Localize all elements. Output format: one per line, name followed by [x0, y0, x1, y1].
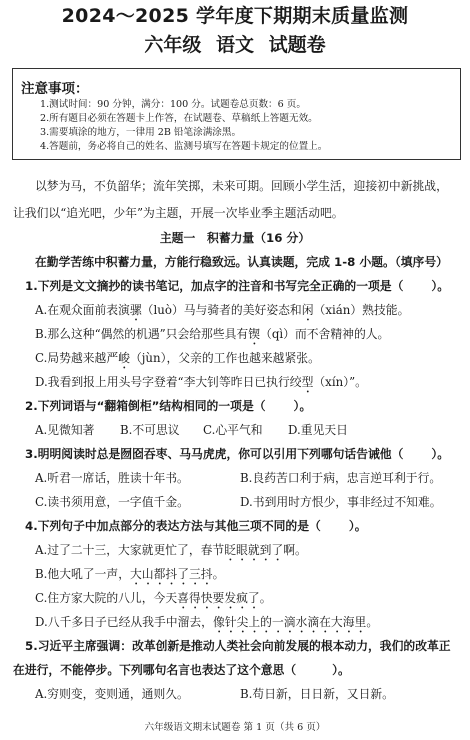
paper-type-label: 试题卷	[269, 34, 326, 56]
section-instruction: 在勤学苦练中积蓄力量，方能行稳致远。认真读题，完成 1-8 小题。（填序号）	[35, 254, 448, 270]
grade-label: 六年级	[144, 34, 201, 56]
question-3-stem: 3.明明阅读时总是囫囵吞枣、马马虎虎，你可以引用下列哪句话告诫他（）。	[25, 446, 449, 462]
question-2-option-b: B.不可思议	[120, 422, 180, 438]
question-5-stem-line-1: 5.习近平主席强调：改革创新是推动人类社会向前发展的根本动力，我们的改革正	[25, 638, 451, 654]
question-4-option-c: C.住方家大院的八儿，今天喜得快要发疯了。	[35, 590, 272, 612]
question-3-option-a: A.听君一席话，胜读十年书。	[35, 470, 189, 486]
question-5-stem-line-2: 在进行，不能停步。下列哪句名言也表达了这个意思（）。	[13, 662, 350, 678]
question-3-option-c: C.读书须用意，一字值千金。	[35, 494, 189, 510]
question-5-option-b: B.苟日新，日日新，又日新。	[240, 686, 394, 702]
page-footer: 六年级语文期末试题卷 第 1 页（共 6 页）	[0, 722, 470, 734]
question-4-option-b: B.他大吼了一声，大山都抖了三抖。	[35, 566, 224, 588]
question-1-stem: 1.下列是文文摘抄的读书笔记，加点字的注音和书写完全正确的一项是（）。	[25, 278, 449, 294]
question-3-option-d: D.书到用时方恨少，事非经过不知难。	[240, 494, 442, 510]
question-2-option-c: C.心平气和	[203, 422, 263, 438]
question-1-option-c: C.局势越来越严峻（jùn），父亲的工作也越来越紧张。	[35, 350, 320, 372]
intro-line-1: 以梦为马，不负韶华；流年笑掷，未来可期。回顾小学生活，迎接初中新挑战，	[35, 178, 448, 194]
question-3-option-b: B.良药苦口利于病，忠言逆耳利于行。	[240, 470, 441, 486]
question-2-option-d: D.重见天日	[288, 422, 348, 438]
notice-item: 2.所有题目必须在答题卡上作答，在试题卷、草稿纸上答题无效。	[40, 113, 318, 125]
section-title: 主题一 积蓄力量（16 分）	[0, 230, 470, 246]
intro-line-2: 让我们以“追光吧，少年”为主题，开展一次毕业季主题活动吧。	[13, 205, 344, 221]
notice-item: 1.测试时间：90 分钟，满分：100 分。试题卷总页数：6 页。	[40, 99, 306, 111]
question-4-option-d: D.八千多日子已经从我手中溜去，像针尖上的一滴水滴在大海里。	[35, 614, 378, 636]
exam-subtitle: 六年级 语文 试题卷	[0, 33, 470, 57]
question-4-option-a: A.过了二十三，大家就更忙了，春节眨眼就到了啊。	[35, 542, 307, 564]
exam-title: 2024～2025 学年度下期期末质量监测	[0, 4, 470, 28]
question-1-option-a: A.在观众面前表演骡（luò）马与骑者的美好姿态和闲（xián）熟技能。	[35, 302, 409, 324]
question-1-option-d: D.我看到报上用头号字登着“李大钊等昨日已执行绞型（xín）”。	[35, 374, 367, 396]
question-5-option-a: A.穷则变，变则通，通则久。	[35, 686, 189, 702]
question-2-stem: 2.下列词语与“翻箱倒柜”结构相同的一项是（）。	[25, 398, 311, 414]
question-4-stem: 4.下列句子中加点部分的表达方法与其他三项不同的是（）。	[25, 518, 367, 534]
notice-box: 注意事项： 1.测试时间：90 分钟，满分：100 分。试题卷总页数：6 页。 …	[12, 68, 461, 160]
notice-heading: 注意事项：	[21, 77, 89, 97]
notice-item: 3.需要填涂的地方，一律用 2B 铅笔涂满涂黑。	[40, 127, 241, 139]
question-1-option-b: B.那么这种“偶然的机遇”只会给那些具有锲（qì）而不舍精神的人。	[35, 326, 389, 348]
notice-item: 4.答题前，务必将自己的姓名、监测号填写在答题卡规定的位置上。	[40, 141, 327, 153]
question-2-option-a: A.见微知著	[35, 422, 94, 438]
subject-label: 语文	[216, 34, 254, 56]
